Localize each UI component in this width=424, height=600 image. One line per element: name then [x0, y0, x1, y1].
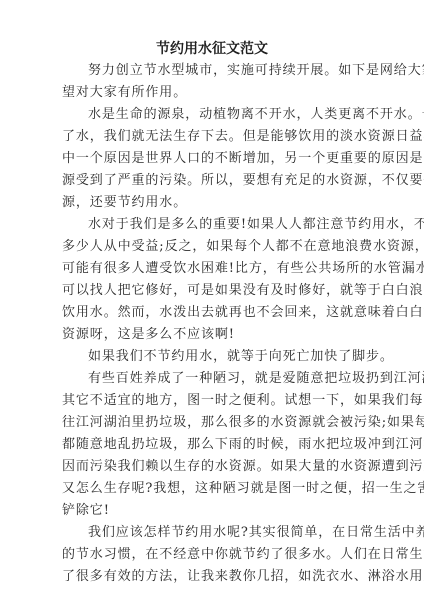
text-line: 因而污染我们赖以生存的水资源。如果大量的水资源遭到污染，我们 — [62, 456, 362, 478]
text-line: 多少人从中受益;反之，如果每个人都不在意地浪费水资源，那么就 — [62, 236, 362, 258]
text-line: 都随意地乱扔垃圾，那么下雨的时候，雨水把垃圾冲到江河湖泊里， — [62, 434, 362, 456]
text-line: 铲除它! — [62, 500, 362, 522]
text-line: 往江河湖泊里扔垃圾，那么很多的水资源就会被污染;如果每一个人 — [62, 412, 362, 434]
document-page: 节约用水征文范文 努力创立节水型城市，实施可持续开展。如下是网给大家的，希 望对… — [62, 38, 362, 588]
text-line: 的节水习惯，在不经意中你就节约了很多水。人们在日常生活中创造 — [62, 544, 362, 566]
text-line: 了水，我们就无法生存下去。但是能够饮用的淡水资源日益减少，其 — [62, 126, 362, 148]
text-line: 源，还要节约用水。 — [62, 192, 362, 214]
paragraph-importance: 水对于我们是多么的重要!如果人人都注意节约用水，不知会有 多少人从中受益;反之，… — [62, 214, 362, 346]
text-line: 饮用水。然而，水泼出去就再也不会回来，这就意味着白白浪费了水 — [62, 302, 362, 324]
text-line: 我们应该怎样节约用水呢?其实很简单，在日常生活中养成良好 — [62, 522, 362, 544]
paragraph-bad-habits: 有些百姓养成了一种陋习，就是爱随意把垃圾扔到江河湖泊里或 其它不适宜的地方，图一… — [62, 368, 362, 522]
text-line: 中一个原因是世界人口的不断增加，另一个更重要的原因是许多水资 — [62, 148, 362, 170]
text-line: 了很多有效的方法，让我来教你几招，如洗衣水、淋浴水用来冲厕所 — [62, 566, 362, 588]
text-line: 可以找人把它修好，可是如果没有及时修好，就等于白白浪费我们的 — [62, 280, 362, 302]
paragraph-water-source: 水是生命的源泉，动植物离不开水，人类更离不开水。一旦没有 了水，我们就无法生存下… — [62, 104, 362, 214]
text-line: 水是生命的源泉，动植物离不开水，人类更离不开水。一旦没有 — [62, 104, 362, 126]
text-line: 资源呀，这是多么不应该啊! — [62, 324, 362, 346]
text-line: 可能有很多人遭受饮水困难!比方，有些公共场所的水管漏水，完全 — [62, 258, 362, 280]
text-line: 水对于我们是多么的重要!如果人人都注意节约用水，不知会有 — [62, 214, 362, 236]
text-line: 又怎么生存呢?我想，这种陋习就是图一时之便，招一生之害，必须 — [62, 478, 362, 500]
paragraph-intro: 努力创立节水型城市，实施可持续开展。如下是网给大家的，希 望对大家有所作用。 — [62, 60, 362, 104]
text-line: 源受到了严重的污染。所以，要想有充足的水资源，不仅要保护水资 — [62, 170, 362, 192]
text-line: 努力创立节水型城市，实施可持续开展。如下是网给大家的，希 — [62, 60, 362, 82]
paragraph-how-to-save: 我们应该怎样节约用水呢?其实很简单，在日常生活中养成良好 的节水习惯，在不经意中… — [62, 522, 362, 588]
text-line: 有些百姓养成了一种陋习，就是爱随意把垃圾扔到江河湖泊里或 — [62, 368, 362, 390]
text-line: 如果我们不节约用水，就等于向死亡加快了脚步。 — [62, 346, 362, 368]
document-title: 节约用水征文范文 — [62, 38, 362, 60]
text-line: 其它不适宜的地方，图一时之便利。试想一下，如果我们每一个人都 — [62, 390, 362, 412]
text-line: 望对大家有所作用。 — [62, 82, 362, 104]
paragraph-warning: 如果我们不节约用水，就等于向死亡加快了脚步。 — [62, 346, 362, 368]
